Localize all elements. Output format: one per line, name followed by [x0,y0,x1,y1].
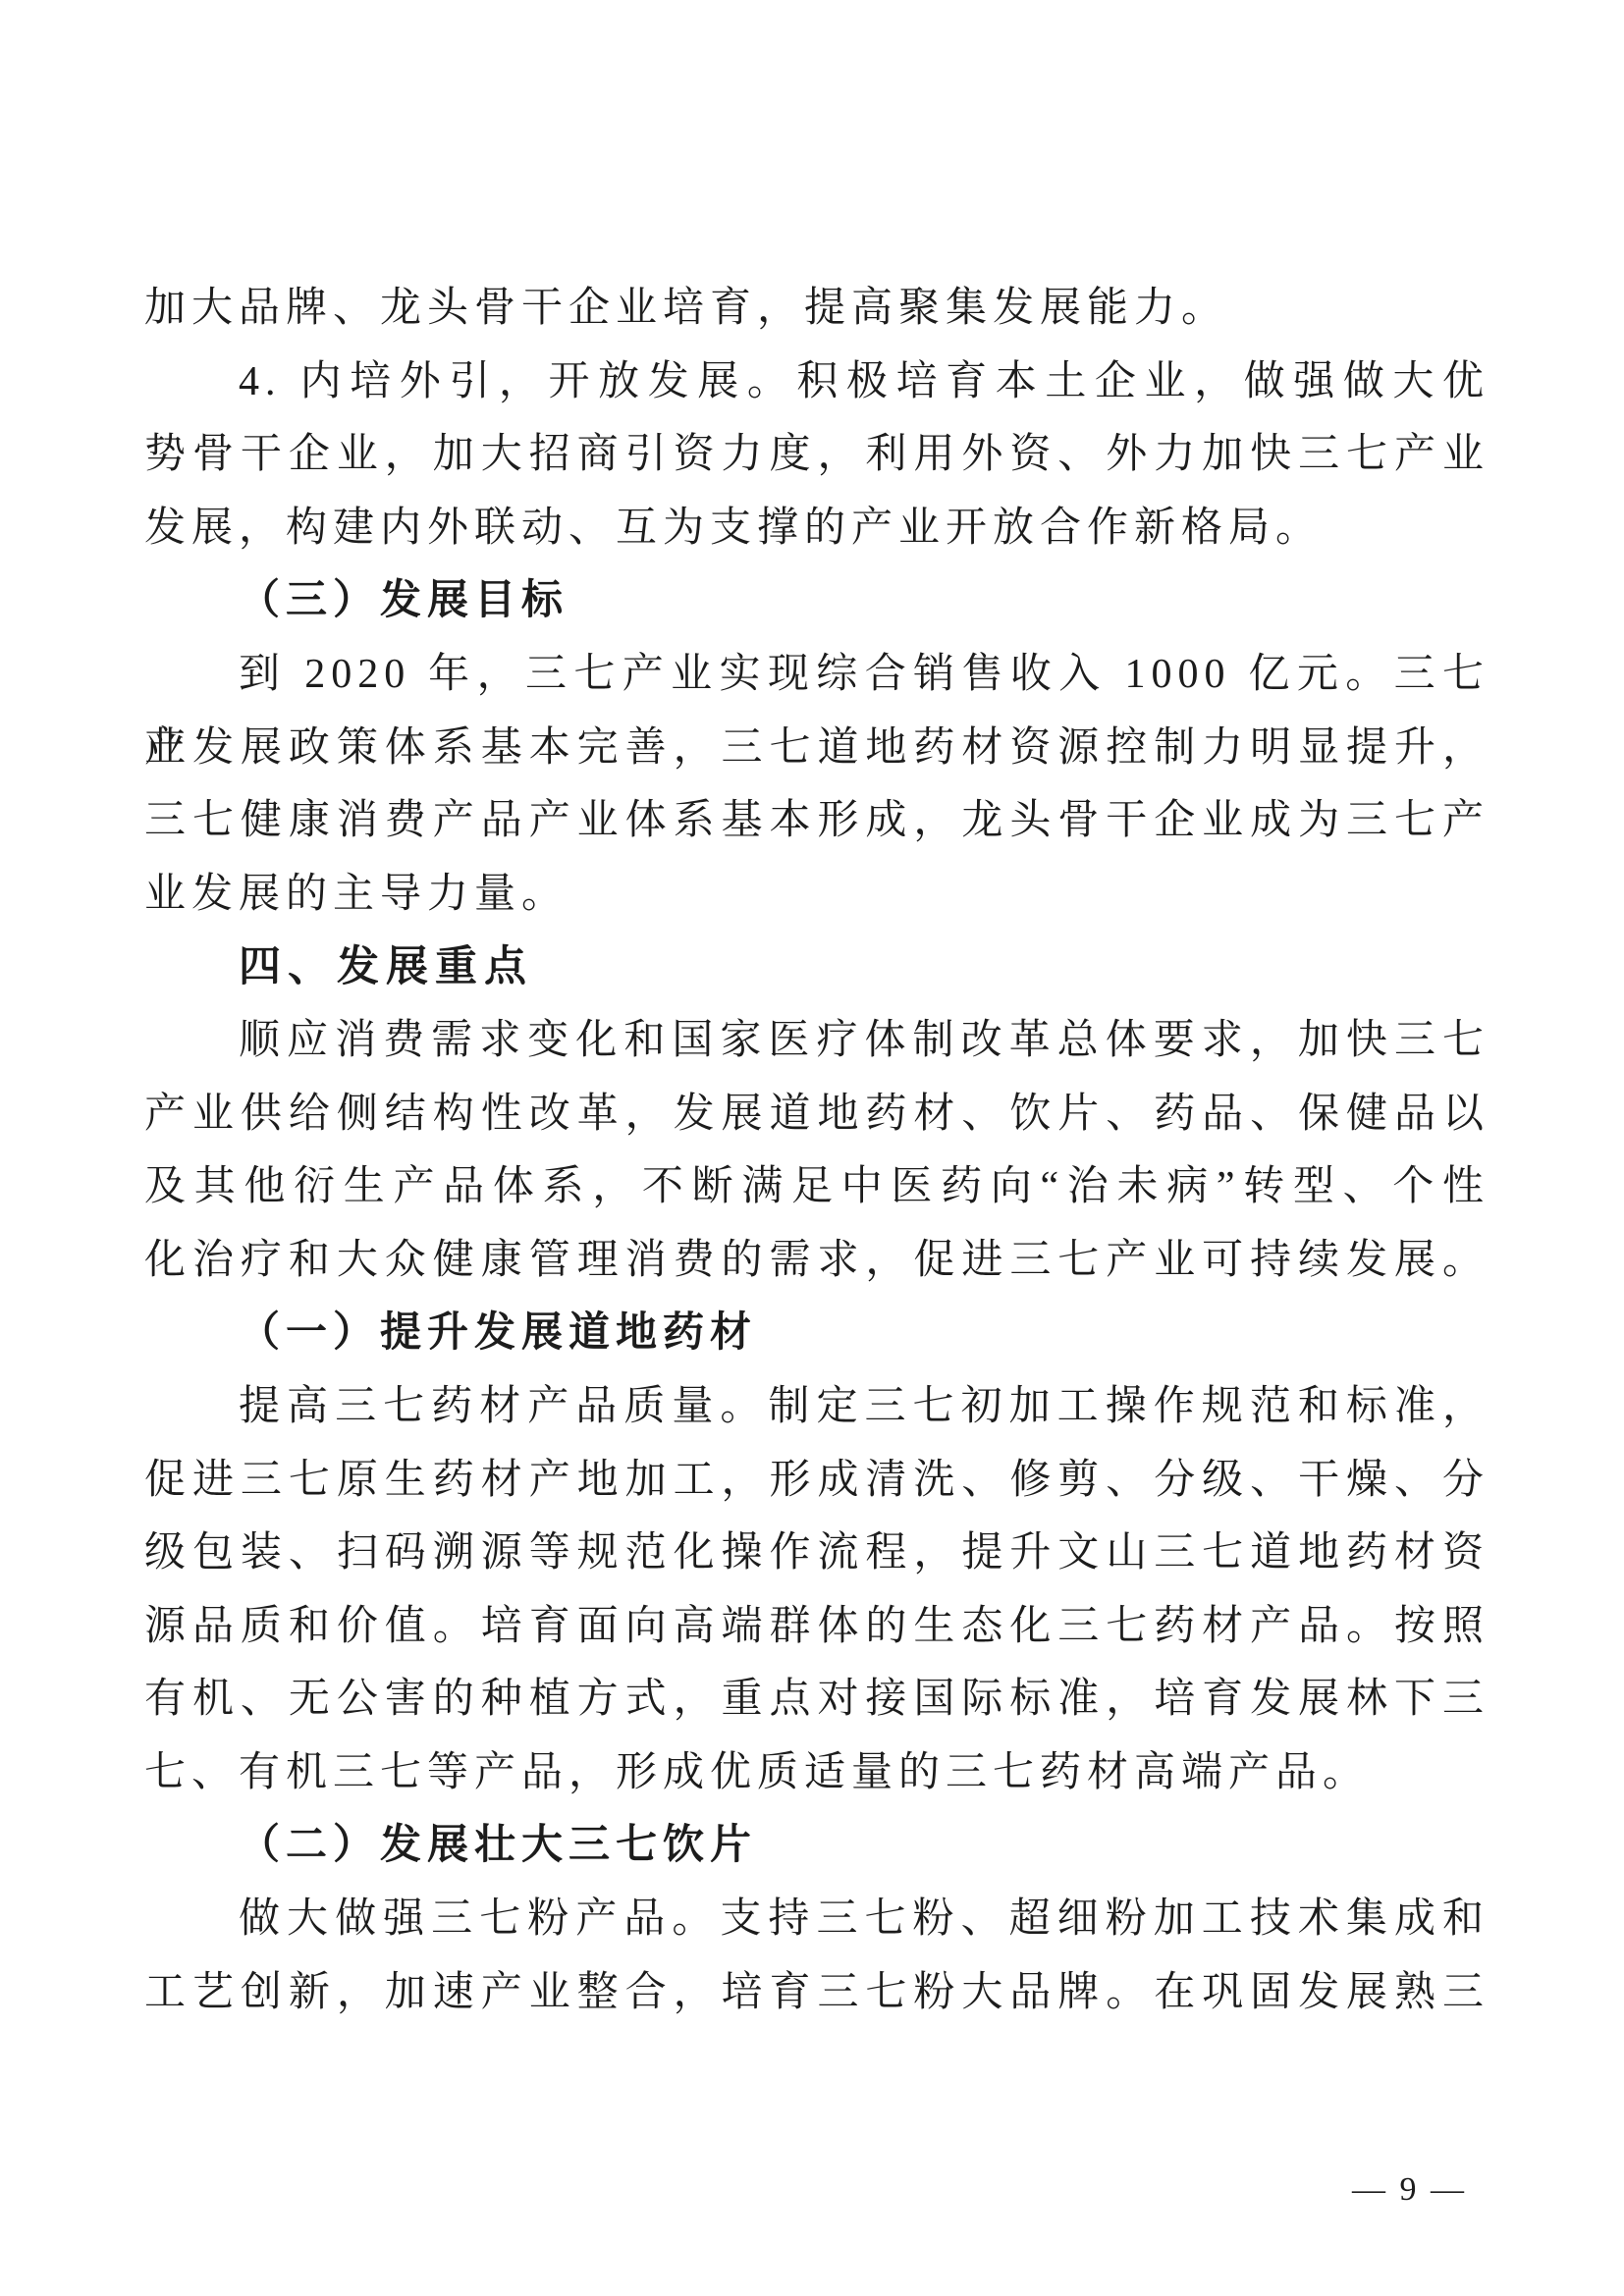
document-line: 业发展的主导力量。 [144,858,1489,932]
document-line: 源品质和价值。培育面向高端群体的生态化三七药材产品。按照 [144,1590,1489,1664]
page-number: — 9 — [1352,2171,1467,2209]
document-line: 工艺创新，加速产业整合，培育三七粉大品牌。在巩固发展熟三 [144,1956,1489,2030]
section-heading: 四、发展重点 [144,931,1489,1004]
document-line: 级包装、扫码溯源等规范化操作流程，提升文山三七道地药材资 [144,1517,1489,1590]
document-line: 有机、无公害的种植方式，重点对接国际标准，培育发展林下三 [144,1663,1489,1736]
section-heading: （一）提升发展道地药材 [144,1297,1489,1370]
document-line: 做大做强三七粉产品。支持三七粉、超细粉加工技术集成和 [144,1883,1489,1956]
document-line: 4. 内培外引，开放发展。积极培育本土企业，做强做大优 [144,346,1489,419]
document-lines: 加大品牌、龙头骨干企业培育，提高聚集发展能力。4. 内培外引，开放发展。积极培育… [144,272,1489,2029]
document-line: 发展，构建内外联动、互为支撑的产业开放合作新格局。 [144,492,1489,565]
document-line: 势骨干企业，加大招商引资力度，利用外资、外力加快三七产业 [144,418,1489,492]
document-line: 业发展政策体系基本完善，三七道地药材资源控制力明显提升， [144,712,1489,785]
document-line: 加大品牌、龙头骨干企业培育，提高聚集发展能力。 [144,272,1489,346]
document-line: 化治疗和大众健康管理消费的需求，促进三七产业可持续发展。 [144,1224,1489,1298]
document-line: 促进三七原生药材产地加工，形成清洗、修剪、分级、干燥、分 [144,1444,1489,1518]
document-line: 提高三七药材产品质量。制定三七初加工操作规范和标准， [144,1370,1489,1444]
document-line: 顺应消费需求变化和国家医疗体制改革总体要求，加快三七 [144,1004,1489,1078]
document-line: 到 2020 年，三七产业实现综合销售收入 1000 亿元。三七产 [144,638,1489,712]
document-page: 加大品牌、龙头骨干企业培育，提高聚集发展能力。4. 内培外引，开放发展。积极培育… [0,0,1624,2296]
document-line: 及其他衍生产品体系，不断满足中医药向“治未病”转型、个性 [144,1150,1489,1224]
document-line: 三七健康消费产品产业体系基本形成，龙头骨干企业成为三七产 [144,784,1489,858]
document-line: 七、有机三七等产品，形成优质适量的三七药材高端产品。 [144,1736,1489,1810]
document-line: 产业供给侧结构性改革，发展道地药材、饮片、药品、保健品以 [144,1078,1489,1151]
section-heading: （二）发展壮大三七饮片 [144,1809,1489,1883]
section-heading: （三）发展目标 [144,564,1489,638]
